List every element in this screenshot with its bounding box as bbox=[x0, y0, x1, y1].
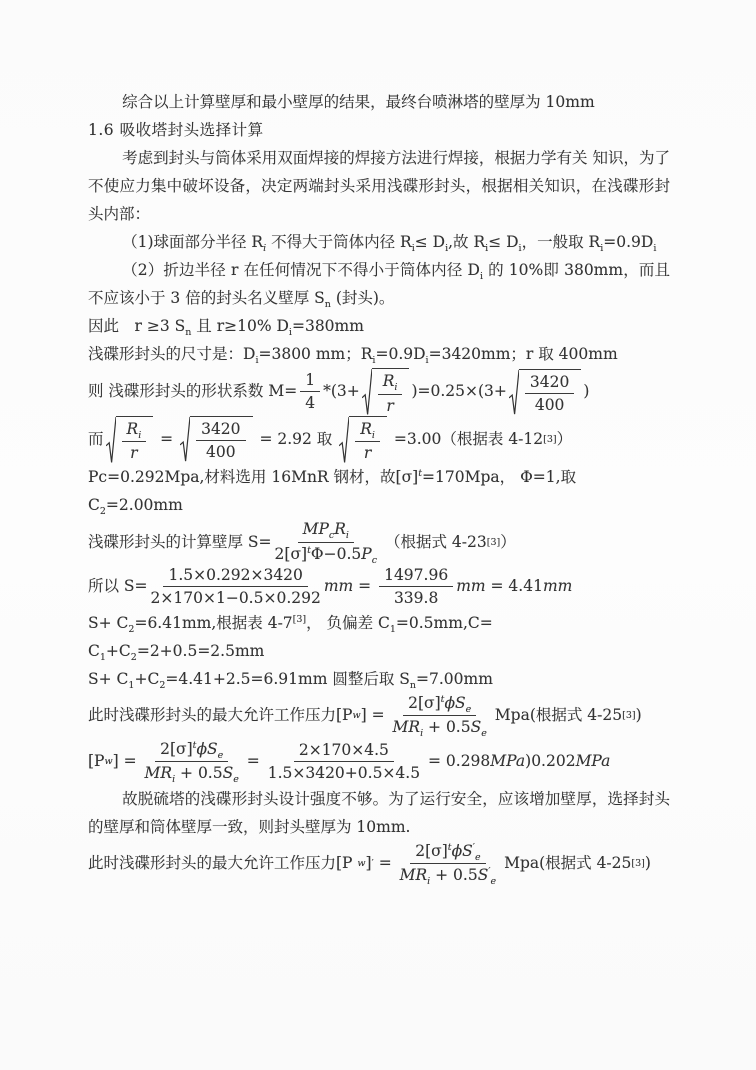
subscript: i bbox=[600, 243, 603, 254]
radicand: Rir bbox=[372, 368, 410, 416]
subscript: 2 bbox=[159, 680, 165, 691]
fraction: 1.5×0.292×34202×170×1−0.5×0.292 bbox=[151, 565, 321, 608]
fraction-denominator: MRi + 0.5Se bbox=[145, 762, 239, 785]
italic-text: ϕS bbox=[444, 694, 465, 712]
heading-section-1-6: 1.6 吸收塔封头选择计算 bbox=[88, 116, 670, 144]
subscript: 2 bbox=[128, 624, 134, 635]
fraction: 2[σ]tϕSeMRi + 0.5Se bbox=[393, 693, 487, 739]
fraction: Rir bbox=[122, 419, 147, 464]
fraction-denominator: 4 bbox=[305, 392, 315, 413]
radicand: 3420400 bbox=[190, 416, 252, 462]
superscript: t bbox=[307, 545, 311, 556]
formula-max-working-pressure-new: 此时浅碟形封头的最大允许工作压力[P w]′ = 2[σ]tϕS′eMRi + … bbox=[88, 841, 670, 887]
subscript: n bbox=[325, 299, 331, 310]
subscript: 1 bbox=[128, 680, 134, 691]
fraction: 2[σ]tϕS′eMRi + 0.5S′e bbox=[400, 841, 497, 887]
italic-text: mm bbox=[324, 577, 353, 596]
superscript: [3] bbox=[293, 614, 306, 625]
fraction-denominator: 400 bbox=[206, 441, 236, 462]
italic-text: r bbox=[364, 444, 371, 462]
line-therefore-r: 因此 r ≥3 Sn 且 r≥10% Di=380mm bbox=[88, 312, 670, 340]
fraction: 3420400 bbox=[196, 419, 245, 462]
subscript: i bbox=[138, 430, 141, 441]
document-body: 综合以上计算壁厚和最小壁厚的结果，最终台喷淋塔的壁厚为 10mm1.6 吸收塔封… bbox=[88, 88, 670, 887]
superscript: [3] bbox=[631, 859, 644, 869]
fraction-denominator: MRi + 0.5S′e bbox=[400, 864, 497, 887]
italic-text: MR bbox=[393, 718, 421, 736]
fraction-denominator: r bbox=[386, 395, 393, 416]
radical-sign-icon bbox=[106, 416, 116, 464]
sqrt-expression: 3420400 bbox=[180, 416, 252, 462]
formula-calc-wall-thickness: 浅碟形封头的计算壁厚 S=MPcRi2[σ]tΦ−0.5Pc （根据式 4-23… bbox=[88, 519, 670, 565]
subscript: i bbox=[519, 243, 522, 254]
fraction-denominator: 2[σ]tΦ−0.5Pc bbox=[275, 543, 378, 566]
fraction-numerator: 2×170×4.5 bbox=[294, 740, 394, 762]
fraction-denominator: MRi + 0.5Se bbox=[393, 716, 487, 739]
superscript: [3] bbox=[487, 538, 500, 548]
fraction: 1497.96339.8 bbox=[379, 565, 453, 608]
italic-text: P bbox=[361, 545, 371, 563]
superscript: ′ bbox=[372, 859, 374, 869]
italic-text: R bbox=[334, 520, 346, 538]
italic-text: mm bbox=[543, 577, 572, 596]
fraction-numerator: 2[σ]tϕSe bbox=[403, 693, 476, 717]
subscript: w bbox=[352, 711, 360, 721]
sqrt-expression: Rir bbox=[106, 416, 154, 464]
italic-text: MP bbox=[303, 520, 329, 538]
italic-text: S bbox=[223, 764, 234, 782]
subscript: i bbox=[263, 243, 266, 254]
subscript: e bbox=[233, 774, 239, 785]
fraction: Rir bbox=[378, 371, 403, 416]
sqrt-expression: 3420400 bbox=[509, 369, 581, 415]
italic-text: S bbox=[478, 866, 489, 884]
subscript: i bbox=[346, 530, 349, 541]
italic-text: R bbox=[383, 372, 395, 390]
fraction-numerator: 3420 bbox=[196, 419, 245, 441]
fraction-denominator: 2×170×1−0.5×0.292 bbox=[151, 587, 321, 608]
subscript: i bbox=[394, 382, 397, 393]
fraction-numerator: 1.5×0.292×3420 bbox=[163, 565, 307, 587]
formula-max-working-pressure-value: [Pw] = 2[σ]tϕSeMRi + 0.5Se = 2×170×4.51.… bbox=[88, 739, 670, 785]
subscript: i bbox=[289, 327, 292, 338]
italic-text: MPa bbox=[490, 752, 525, 771]
subscript: 2 bbox=[131, 652, 137, 663]
subscript: w bbox=[104, 757, 112, 767]
subscript: i bbox=[653, 243, 656, 254]
formula-max-working-pressure: 此时浅碟形封头的最大允许工作压力[Pw] = 2[σ]tϕSeMRi + 0.5… bbox=[88, 693, 670, 739]
paragraph-strength-conclusion: 故脱硫塔的浅碟形封头设计强度不够。为了运行安全，应该增加壁厚，选择封头的壁厚和筒… bbox=[88, 785, 670, 841]
fraction-denominator: 339.8 bbox=[394, 587, 438, 608]
italic-text: R bbox=[127, 420, 139, 438]
sqrt-expression: Rir bbox=[339, 416, 387, 464]
sqrt-expression: Rir bbox=[362, 368, 410, 416]
radical-sign-icon bbox=[180, 416, 190, 462]
fraction-numerator: 3420 bbox=[525, 372, 574, 394]
subscript: e bbox=[475, 852, 481, 863]
line-material-parameters: Pc=0.292Mpa,材料选用 16MnR 钢材，故[σ]t=170Mpa， … bbox=[88, 463, 670, 519]
italic-text: MR bbox=[400, 866, 428, 884]
subscript: 2 bbox=[100, 506, 106, 517]
subscript: i bbox=[480, 271, 483, 282]
subscript: i bbox=[420, 728, 423, 739]
fraction-denominator: 1.5×3420+0.5×4.5 bbox=[268, 762, 420, 783]
fraction: 2[σ]tϕSeMRi + 0.5Se bbox=[145, 739, 239, 785]
subscript: i bbox=[172, 774, 175, 785]
subscript: i bbox=[372, 430, 375, 441]
radicand: 3420400 bbox=[519, 369, 581, 415]
subscript: i bbox=[372, 355, 375, 366]
superscript: t bbox=[418, 468, 422, 479]
subscript: i bbox=[445, 243, 448, 254]
radicand: Rir bbox=[116, 416, 154, 464]
item-2-knuckle-radius: （2）折边半径 r 在任何情况下不得小于筒体内径 Di 的 10%即 380mm… bbox=[88, 256, 670, 312]
italic-text: ϕS bbox=[196, 740, 217, 758]
document-page: 综合以上计算壁厚和最小壁厚的结果，最终台喷淋塔的壁厚为 10mm1.6 吸收塔封… bbox=[0, 0, 756, 1070]
italic-text: S bbox=[471, 718, 482, 736]
subscript: i bbox=[412, 243, 415, 254]
formula-shape-factor-M: 则 浅碟形封头的形状系数 M=14*(3+Rir)=0.25×(3+342040… bbox=[88, 368, 670, 416]
superscript: [3] bbox=[622, 711, 635, 721]
subscript: e bbox=[466, 704, 472, 715]
fraction: 2×170×4.51.5×3420+0.5×4.5 bbox=[268, 740, 420, 783]
line-head-dimensions: 浅碟形封头的尺寸是：Di=3800 mm；Ri=0.9Di=3420mm；r 取… bbox=[88, 340, 670, 368]
radical-sign-icon bbox=[509, 369, 519, 415]
formula-wall-thickness-value: 所以 S=1.5×0.292×34202×170×1−0.5×0.292mm =… bbox=[88, 565, 670, 608]
fraction: 3420400 bbox=[525, 372, 574, 415]
subscript: i bbox=[426, 355, 429, 366]
fraction-numerator: 1 bbox=[300, 370, 320, 392]
fraction-denominator: r bbox=[364, 442, 371, 463]
fraction-numerator: 2[σ]tϕSe bbox=[155, 739, 228, 763]
radical-sign-icon bbox=[362, 368, 372, 416]
subscript: e bbox=[218, 750, 224, 761]
formula-sqrt-ratio: 而Rir = 3420400 = 2.92 取 Rir =3.00（根据表 4-… bbox=[88, 416, 670, 464]
fraction: Rir bbox=[355, 419, 380, 464]
subscript: 1 bbox=[390, 624, 396, 635]
fraction-denominator: r bbox=[130, 442, 137, 463]
fraction-numerator: 2[σ]tϕS′e bbox=[410, 841, 485, 865]
italic-text: mm bbox=[456, 577, 485, 596]
subscript: w bbox=[357, 859, 365, 869]
italic-text: R bbox=[360, 420, 372, 438]
fraction-numerator: Ri bbox=[378, 371, 403, 395]
italic-text: r bbox=[386, 397, 393, 415]
line-rounded-thickness: S+ C1+C2=4.41+2.5=6.91mm 圆整后取 Sn=7.00mm bbox=[88, 665, 670, 693]
subscript: n bbox=[410, 680, 416, 691]
fraction-numerator: Ri bbox=[355, 419, 380, 443]
paragraph-wall-thickness-conclusion: 综合以上计算壁厚和最小壁厚的结果，最终台喷淋塔的壁厚为 10mm bbox=[88, 88, 670, 116]
italic-text: MPa bbox=[576, 752, 611, 771]
radical-sign-icon bbox=[339, 416, 349, 464]
subscript: i bbox=[485, 243, 488, 254]
subscript: i bbox=[427, 876, 430, 887]
fraction: 14 bbox=[300, 370, 320, 413]
italic-text: MR bbox=[145, 764, 173, 782]
subscript: 1 bbox=[100, 652, 106, 663]
subscript: e bbox=[491, 876, 497, 887]
fraction-numerator: MPcRi bbox=[298, 519, 354, 543]
fraction-numerator: 1497.96 bbox=[379, 565, 453, 587]
radicand: Rir bbox=[349, 416, 387, 464]
paragraph-weld-intro: 考虑到封头与筒体采用双面焊接的焊接方法进行焊接，根据力学有关 知识，为了不使应力… bbox=[88, 144, 670, 228]
italic-text: r bbox=[130, 444, 137, 462]
subscript: n bbox=[185, 327, 191, 338]
fraction-numerator: Ri bbox=[122, 419, 147, 443]
subscript: c bbox=[372, 555, 377, 566]
subscript: e bbox=[481, 728, 487, 739]
italic-text: ϕS bbox=[452, 842, 473, 860]
subscript: i bbox=[255, 355, 258, 366]
superscript: [3] bbox=[543, 435, 556, 445]
item-1-sphere-radius: （1)球面部分半径 Ri 不得大于筒体内径 Ri≤ Di,故 Ri≤ Di，一般… bbox=[88, 228, 670, 256]
fraction: MPcRi2[σ]tΦ−0.5Pc bbox=[275, 519, 378, 565]
line-c-allowance: S+ C2=6.41mm,根据表 4-7[3]， 负偏差 C1=0.5mm,C=… bbox=[88, 609, 670, 665]
fraction-denominator: 400 bbox=[535, 394, 565, 415]
